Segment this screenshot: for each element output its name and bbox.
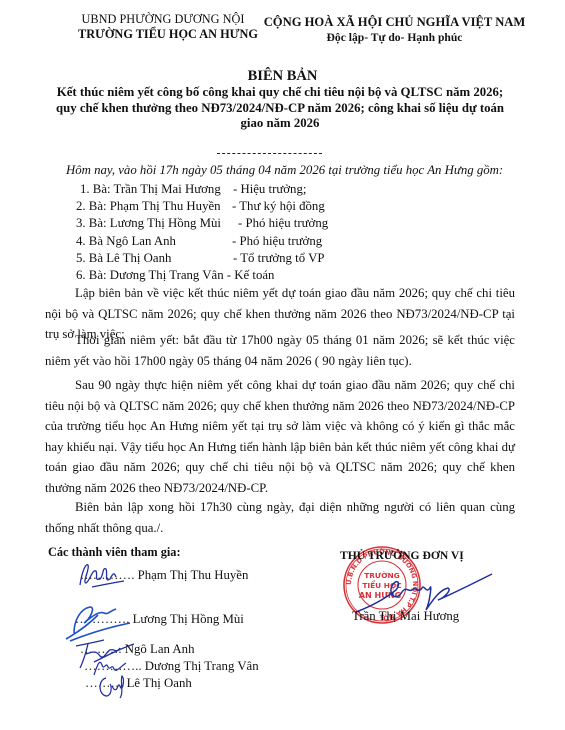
paragraph-3-text: Sau 90 ngày thực hiện niêm yết công khai… [45, 378, 515, 495]
document-subtitle: Kết thúc niêm yết công bố công khai quy … [45, 85, 515, 132]
paragraph-2-text: Thời gian niêm yết: bắt đầu từ 17h00 ngà… [45, 333, 515, 368]
member-name: 5. Bà Lê Thị Oanh [76, 251, 171, 266]
participant-name: Dương Thị Trang Vân [145, 659, 259, 673]
member-role: - Hiệu trưởng; [233, 182, 306, 197]
agency-line-2: TRƯỜNG TIỂU HỌC AN HƯNG [78, 27, 248, 42]
signature-oanh-icon [96, 672, 132, 700]
participant-name: Lê Thị Oanh [127, 676, 192, 690]
member-role: - Thư ký hội đồng [232, 199, 325, 214]
paragraph-3: Sau 90 ngày thực hiện niêm yết công khai… [45, 375, 515, 498]
motto-line-2: Độc lập- Tự do- Hạnh phúc [262, 30, 527, 45]
head-of-unit-name: Trần Thị Mai Hương [352, 609, 459, 624]
divider-line [217, 153, 322, 154]
issuing-agency: UBND PHƯỜNG DƯƠNG NỘI TRƯỜNG TIỂU HỌC AN… [78, 12, 248, 42]
paragraph-4-text: Biên bản lập xong hồi 17h30 cùng ngày, đ… [45, 500, 515, 535]
member-name: 1. Bà: Trần Thị Mai Hương [80, 182, 221, 197]
head-of-unit-title: THỦ TRƯỞNG ĐƠN VỊ [340, 549, 464, 562]
member-name: 4. Bà Ngô Lan Anh [76, 234, 176, 249]
paragraph-2: Thời gian niêm yết: bắt đầu từ 17h00 ngà… [45, 330, 515, 371]
member-name: 3. Bà: Lương Thị Hồng Mùi [76, 216, 221, 231]
member-name: 2. Bà: Phạm Thị Thu Huyền [76, 199, 221, 214]
agency-line-1: UBND PHƯỜNG DƯƠNG NỘI [78, 12, 248, 27]
participants-heading: Các thành viên tham gia: [48, 545, 181, 560]
member-name: 6. Bà: Dương Thị Trang Vân - Kế toán [76, 268, 274, 283]
member-role: - Phó hiệu trưởng [232, 234, 322, 249]
member-role: - Phó hiệu trưởng [238, 216, 328, 231]
signature-huyen-icon [72, 561, 132, 591]
member-role: - Tổ trưởng tổ VP [233, 251, 324, 266]
motto-line-1: CỘNG HOÀ XÃ HỘI CHỦ NGHĨA VIỆT NAM [262, 15, 527, 30]
participant-name: Lương Thị Hồng Mùi [133, 612, 244, 626]
participant-name: Phạm Thị Thu Huyền [138, 568, 249, 582]
intro-text: Hôm nay, vào hồi 17h ngày 05 tháng 04 nă… [66, 163, 503, 178]
document-title: BIÊN BẢN [0, 68, 565, 85]
national-motto: CỘNG HOÀ XÃ HỘI CHỦ NGHĨA VIỆT NAM Độc l… [262, 15, 527, 45]
paragraph-4: Biên bản lập xong hồi 17h30 cùng ngày, đ… [45, 497, 515, 538]
